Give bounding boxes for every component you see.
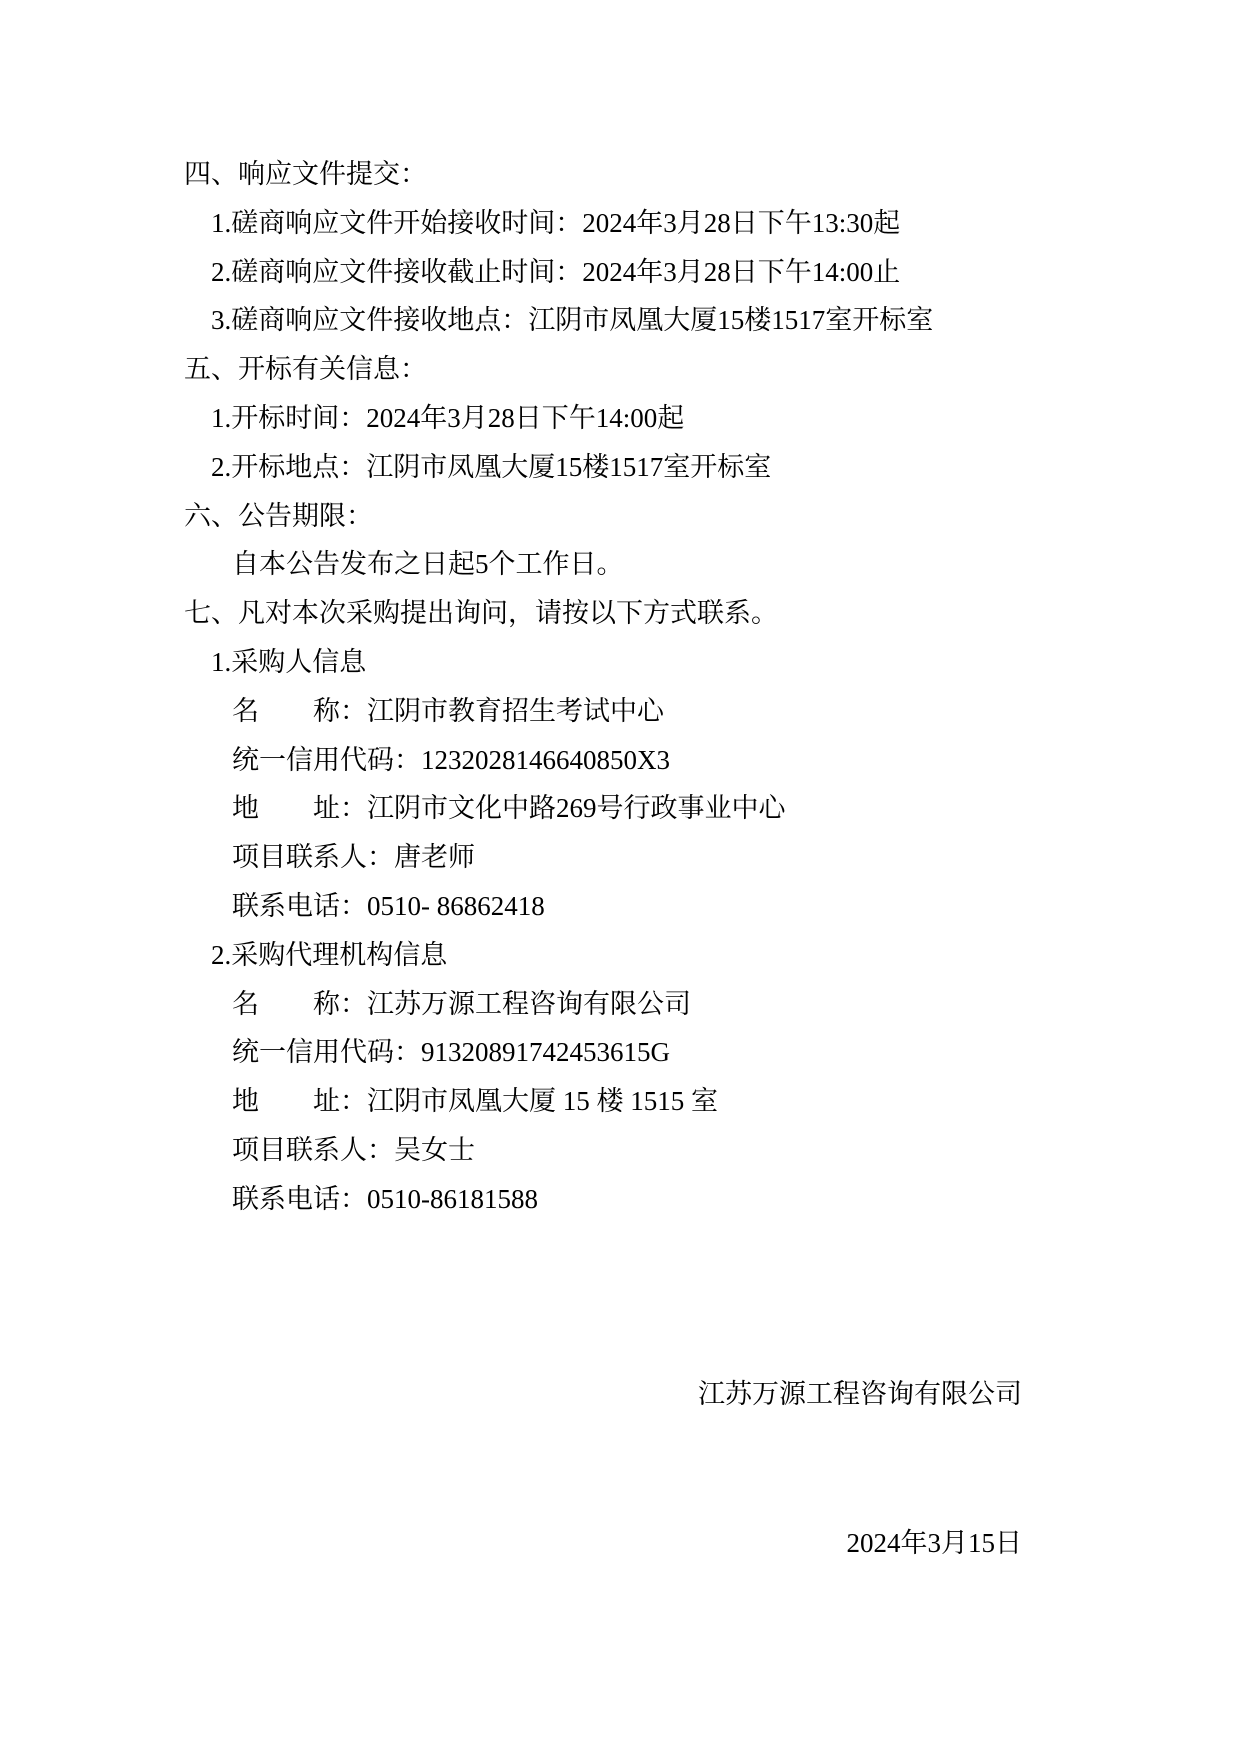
agency-phone: 联系电话：0510-86181588 [232, 1175, 1162, 1224]
agency-name: 名 称：江苏万源工程咨询有限公司 [232, 980, 1162, 1029]
agency-info-heading: 2.采购代理机构信息 [232, 931, 1162, 980]
purchaser-info-heading: 1.采购人信息 [232, 638, 1162, 687]
submission-location: 3.磋商响应文件接收地点：江阴市凤凰大厦15楼1517室开标室 [232, 296, 1162, 345]
agency-contact-person: 项目联系人：吴女士 [232, 1126, 1162, 1175]
submission-start-time: 1.磋商响应文件开始接收时间：2024年3月28日下午13:30起 [232, 199, 1162, 248]
signature-block: 江苏万源工程咨询有限公司 2024年3月15日 [698, 1270, 1022, 1668]
purchaser-address: 地 址：江阴市文化中路269号行政事业中心 [232, 784, 1162, 833]
section-bid-opening-heading: 五、开标有关信息： [232, 345, 1162, 394]
purchaser-contact-person: 项目联系人：唐老师 [232, 833, 1162, 882]
agency-address: 地 址：江阴市凤凰大厦 15 楼 1515 室 [232, 1077, 1162, 1126]
agency-credit-code: 统一信用代码：91320891742453615G [232, 1028, 1162, 1077]
document-body: 四、响应文件提交： 1.磋商响应文件开始接收时间：2024年3月28日下午13:… [232, 150, 1162, 1224]
signature-date: 2024年3月15日 [698, 1519, 1022, 1568]
document-page: 四、响应文件提交： 1.磋商响应文件开始接收时间：2024年3月28日下午13:… [0, 0, 1240, 1754]
section-announcement-period-heading: 六、公告期限： [232, 492, 1162, 541]
bid-opening-time: 1.开标时间：2024年3月28日下午14:00起 [232, 394, 1162, 443]
section-submission-heading: 四、响应文件提交： [232, 150, 1162, 199]
submission-deadline: 2.磋商响应文件接收截止时间：2024年3月28日下午14:00止 [232, 248, 1162, 297]
signature-company: 江苏万源工程咨询有限公司 [698, 1370, 1022, 1419]
purchaser-credit-code: 统一信用代码：1232028146640850X3 [232, 736, 1162, 785]
announcement-period-text: 自本公告发布之日起5个工作日。 [232, 540, 1162, 589]
bid-opening-location: 2.开标地点：江阴市凤凰大厦15楼1517室开标室 [232, 443, 1162, 492]
section-contact-heading: 七、凡对本次采购提出询问，请按以下方式联系。 [232, 589, 1162, 638]
purchaser-name: 名 称：江阴市教育招生考试中心 [232, 687, 1162, 736]
purchaser-phone: 联系电话：0510- 86862418 [232, 882, 1162, 931]
